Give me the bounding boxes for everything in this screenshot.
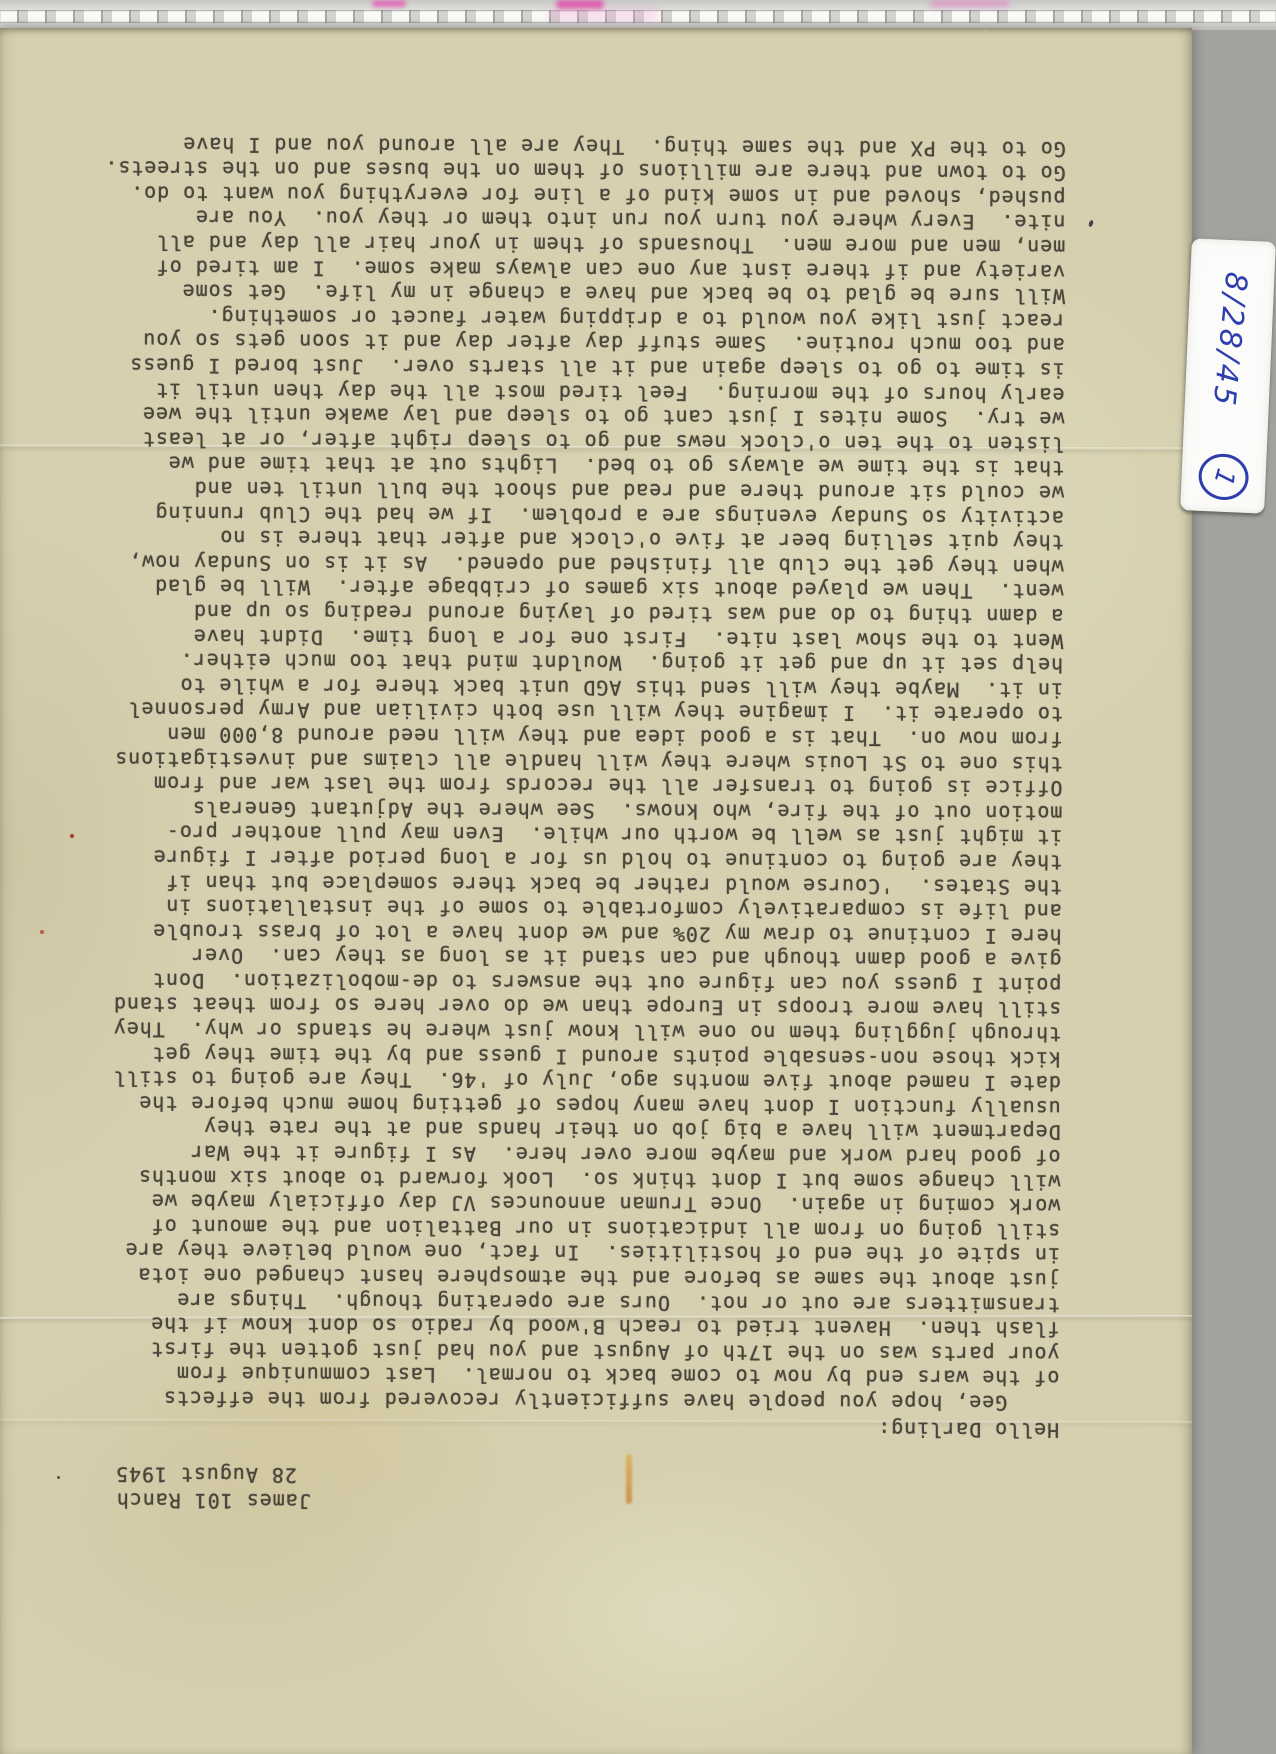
label-page-marker-circle: 1 — [1195, 450, 1253, 504]
letter-line: and life is comparatively comfortable to… — [101, 894, 1062, 924]
letter-line: activity so Sunday evenings are a proble… — [103, 500, 1064, 530]
letter-line: kick those non-sensable points around I … — [100, 1041, 1061, 1071]
letter-line: will change some but I dont think so. Lo… — [99, 1164, 1060, 1194]
letter-line: early hours of the morning. Feel tired m… — [103, 377, 1064, 407]
letter-line: listen to the ten o'clock news and go to… — [103, 427, 1064, 457]
letter-line: they are going to continue to hold us fo… — [101, 845, 1062, 875]
letter-line: in it. Maybe they will send this AGD uni… — [102, 673, 1063, 703]
letter-heading-place: James 101 Ranch — [115, 1487, 311, 1514]
letter-line: the States. 'Course would rather be back… — [101, 869, 1062, 899]
letter-line: Gee, hope you people have sufficiently r… — [98, 1386, 1059, 1416]
paper-sheet: James 101 Ranch 28 August 1945 Hello Dar… — [0, 28, 1192, 1754]
letter-line: usually function I dont have many hopes … — [99, 1091, 1060, 1121]
letter-line: still going on from all indications in o… — [99, 1214, 1060, 1244]
pink-ink-smudge — [548, 8, 658, 22]
letter-body: Gee, hope you people have sufficiently r… — [98, 132, 1066, 1416]
letter-content-upside-down: James 101 Ranch 28 August 1945 Hello Dar… — [0, 25, 1197, 1754]
letter-line: when they get the club all finished and … — [102, 550, 1063, 580]
pink-ink-smudge — [372, 0, 406, 7]
scanned-letter-page: James 101 Ranch 28 August 1945 Hello Dar… — [0, 0, 1276, 1754]
letter-line: Go to the PX and the same thing. They ar… — [104, 132, 1065, 162]
letter-line: pushed, shoved and in some kind of a lin… — [104, 181, 1065, 211]
letter-heading-date: 28 August 1945 — [115, 1461, 297, 1488]
letter-line: we could sit around there and read and s… — [103, 476, 1064, 506]
letter-line: point I guess you can figure out the ans… — [100, 968, 1061, 998]
letter-line: from now on. That is a good idea and the… — [101, 722, 1062, 752]
letter-line: of good hard work and maybe more over he… — [99, 1140, 1060, 1170]
letter-line: variety and if there isnt any one can al… — [104, 255, 1065, 285]
archive-label-sticker: 8/28/45 1 — [1180, 238, 1276, 513]
letter-line: this one to St Louis where they will han… — [101, 746, 1062, 776]
letter-line: through juggling them no one will know j… — [100, 1017, 1061, 1047]
letter-line: here I continue to draw my 20% and we do… — [100, 919, 1061, 949]
letter-line: motion out of the fire, who knows. See w… — [101, 796, 1062, 826]
letter-line: help set it up and get it going. Wouldnt… — [102, 648, 1063, 678]
label-page-marker: 1 — [1209, 465, 1238, 488]
letter-line: just about the same as before and the at… — [99, 1263, 1060, 1293]
letter-line: your parts was on the 17th of August and… — [98, 1337, 1059, 1367]
letter-line: Went to the show last nite. First one fo… — [102, 623, 1063, 653]
letter-line: transmitters are out or not. Ours are op… — [98, 1287, 1059, 1317]
letter-line: a damn thing to do and was tired of layi… — [102, 599, 1063, 629]
letter-line: Office is going to transfer all the reco… — [101, 771, 1062, 801]
letter-line: react just like you would to a dripping … — [104, 304, 1065, 334]
letter-line: men, men and more men. Thousands of them… — [104, 230, 1065, 260]
pink-ink-smudge — [930, 0, 1010, 7]
letter-salutation: Hello Darling: — [877, 1417, 1059, 1442]
label-handwritten-date: 8/28/45 — [1206, 270, 1254, 409]
letter-heading: James 101 Ranch 28 August 1945 — [115, 1461, 311, 1514]
letter-line: is time to go to sleep again and it all … — [103, 353, 1064, 383]
